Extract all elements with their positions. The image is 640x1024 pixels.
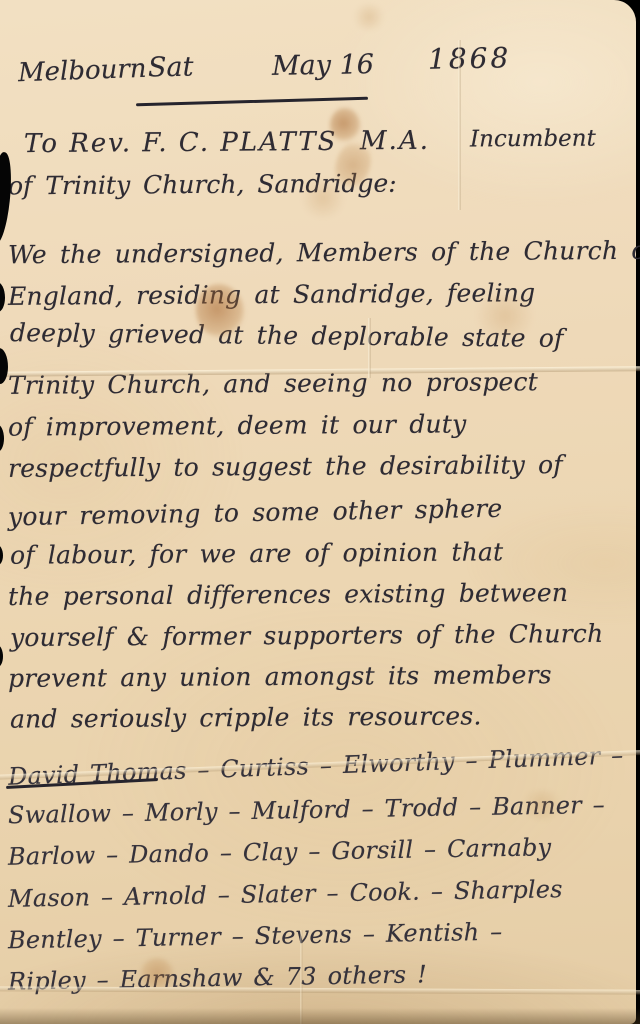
body-line: and seriously cripple its resources. xyxy=(10,701,482,733)
body-line: We the undersigned, Members of the Churc… xyxy=(8,236,640,270)
body-line: of labour, for we are of opinion that xyxy=(10,537,504,569)
recipient-line2: of Trinity Church, Sandridge: xyxy=(8,169,397,201)
letter-day: Sat xyxy=(148,52,194,84)
body-line: prevent any union amongst its members xyxy=(8,660,552,693)
body-line: respectfully to suggest the desirability… xyxy=(8,450,563,483)
body-line: of improvement, deem it our duty xyxy=(8,409,467,441)
body-line: the personal differences existing betwee… xyxy=(8,578,568,611)
letter-year: 1868 xyxy=(428,41,512,75)
recipient-title: Incumbent xyxy=(470,126,596,153)
bottom-scan-shadow xyxy=(0,1008,640,1024)
letter-date: May 16 xyxy=(272,49,374,82)
body-line: Trinity Church, and seeing no prospect xyxy=(8,367,538,400)
body-line: England, residing at Sandridge, feeling xyxy=(8,278,535,311)
scanned-letter-page: { "document": { "kind": "handwritten-pet… xyxy=(0,0,640,1024)
letter-location: Melbourn xyxy=(18,54,148,88)
recipient-degree: M.A. xyxy=(360,126,430,156)
recipient-to-line: To Rev. F. C. PLATTS xyxy=(24,127,338,159)
body-line: deeply grieved at the deplorable state o… xyxy=(10,318,564,353)
body-line: yourself & former supporters of the Chur… xyxy=(10,619,604,652)
